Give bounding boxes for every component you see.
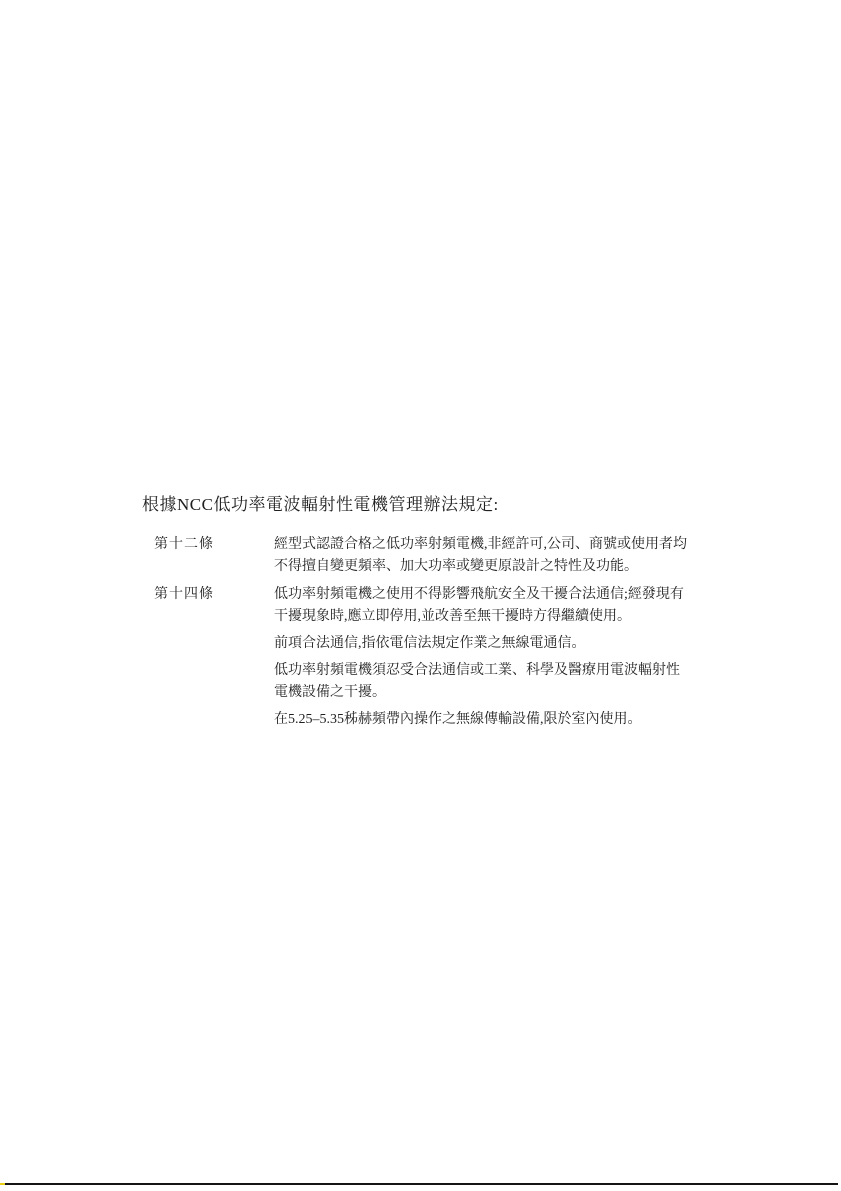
paragraph-line: 前項合法通信,指依電信法規定作業之無線電通信。 [274, 633, 774, 655]
article-paragraph: 在5.25–5.35秭赫頻帶內操作之無線傳輸設備,限於室內使用。 [274, 709, 774, 731]
document-page: 根據NCC低功率電波輻射性電機管理辦法規定: 第十二條 經型式認證合格之低功率射… [0, 0, 841, 1191]
paragraph-line: 低功率射頻電機之使用不得影響飛航安全及干擾合法通信;經發現有 [274, 584, 774, 606]
paragraph-line: 經型式認證合格之低功率射頻電機,非經許可,公司、商號或使用者均 [274, 534, 774, 556]
article-body: 低功率射頻電機之使用不得影響飛航安全及干擾合法通信;經發現有 干擾現象時,應立即… [274, 584, 774, 731]
article-paragraph: 經型式認證合格之低功率射頻電機,非經許可,公司、商號或使用者均 不得擅自變更頻率… [274, 534, 774, 578]
paragraph-line: 電機設備之干擾。 [274, 682, 774, 704]
footer-divider-bar [5, 1183, 838, 1185]
article-number-label: 第十二條 [154, 534, 274, 556]
paragraph-line: 低功率射頻電機須忍受合法通信或工業、科學及醫療用電波輻射性 [274, 660, 774, 682]
article-body: 經型式認證合格之低功率射頻電機,非經許可,公司、商號或使用者均 不得擅自變更頻率… [274, 534, 774, 578]
article-row-14: 第十四條 低功率射頻電機之使用不得影響飛航安全及干擾合法通信;經發現有 干擾現象… [154, 584, 774, 731]
article-row-12: 第十二條 經型式認證合格之低功率射頻電機,非經許可,公司、商號或使用者均 不得擅… [154, 534, 774, 578]
article-paragraph: 低功率射頻電機之使用不得影響飛航安全及干擾合法通信;經發現有 干擾現象時,應立即… [274, 584, 774, 628]
paragraph-line: 在5.25–5.35秭赫頻帶內操作之無線傳輸設備,限於室內使用。 [274, 709, 774, 731]
paragraph-line: 干擾現象時,應立即停用,並改善至無干擾時方得繼續使用。 [274, 606, 774, 628]
article-paragraph: 低功率射頻電機須忍受合法通信或工業、科學及醫療用電波輻射性 電機設備之干擾。 [274, 660, 774, 704]
paragraph-line: 不得擅自變更頻率、加大功率或變更原設計之特性及功能。 [274, 556, 774, 578]
regulation-articles: 第十二條 經型式認證合格之低功率射頻電機,非經許可,公司、商號或使用者均 不得擅… [154, 534, 774, 731]
article-paragraph: 前項合法通信,指依電信法規定作業之無線電通信。 [274, 633, 774, 655]
article-number-label: 第十四條 [154, 584, 274, 606]
footer-divider-line [0, 1183, 841, 1185]
ncc-regulation-heading: 根據NCC低功率電波輻射性電機管理辦法規定: [142, 494, 499, 516]
